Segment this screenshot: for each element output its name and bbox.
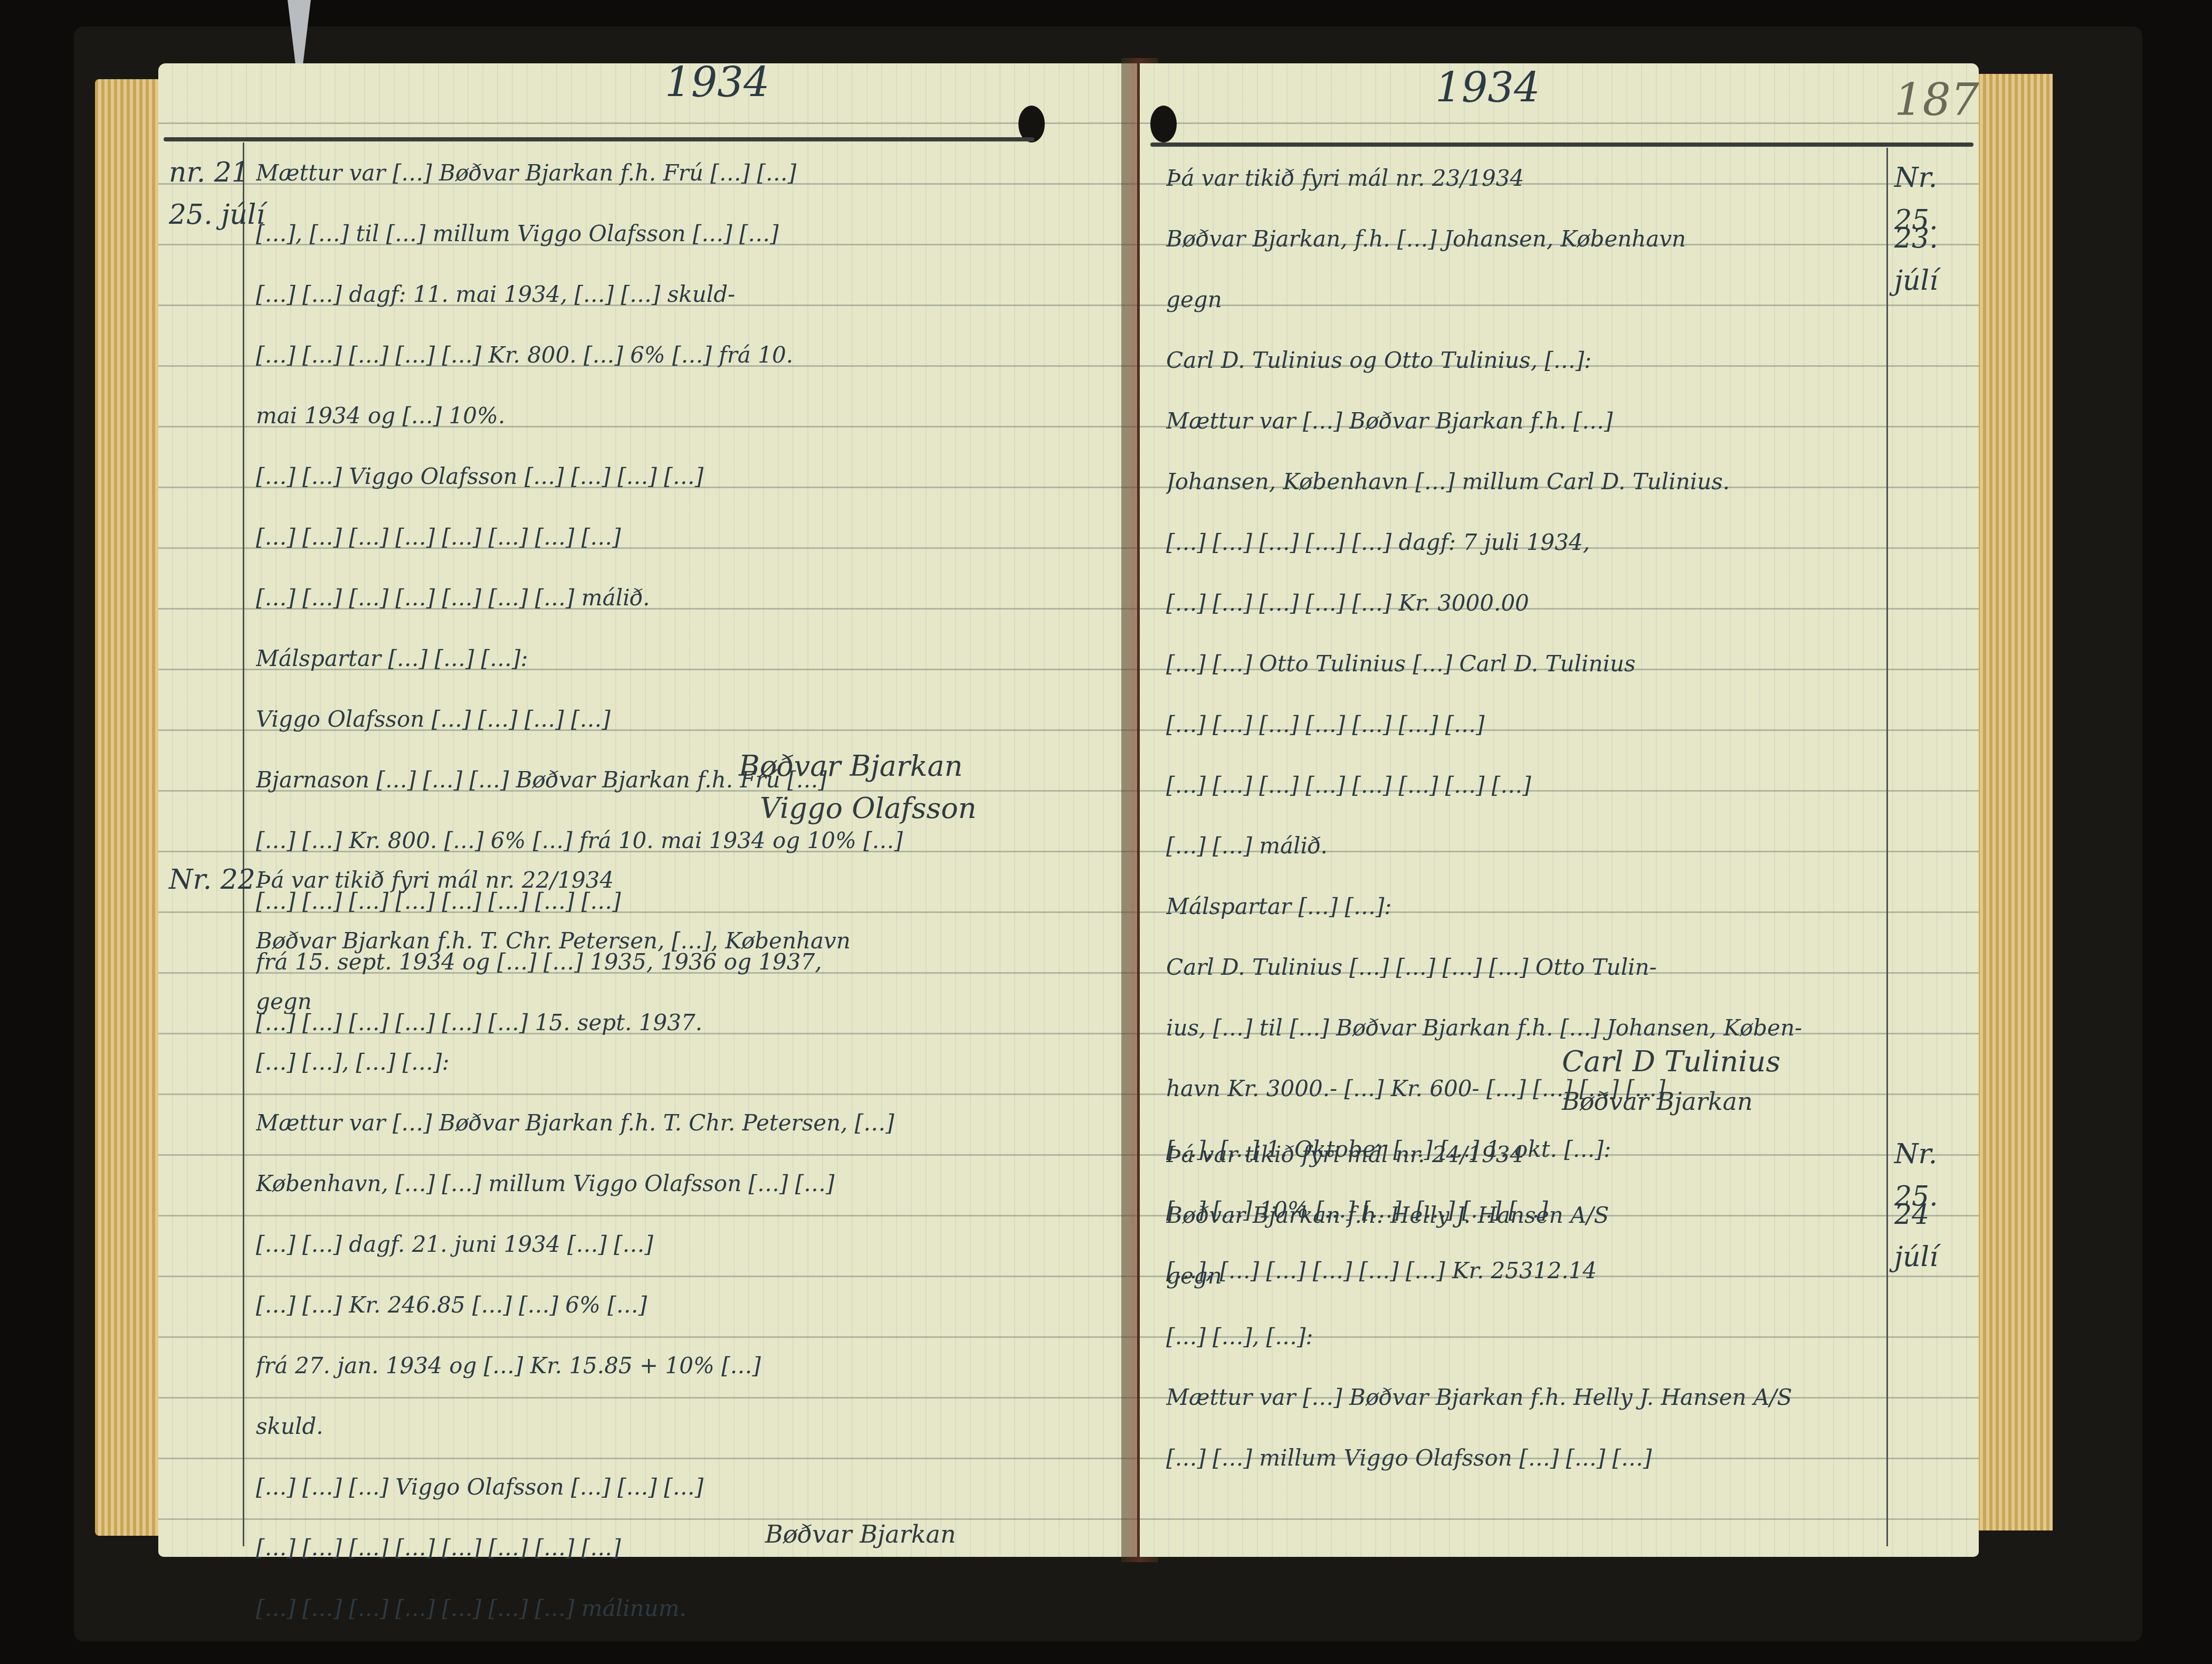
margin-line [243,142,244,1546]
text-line: frá 27. jan. 1934 og […] Kr. 15.85 + 10%… [256,1335,1100,1396]
text-line: […] […] […] […] […] Kr. 3000.00 [1166,573,1879,633]
text-line: Málspartar […] […] […]: [256,628,1100,689]
text-line: […] […] […] Viggo Olafsson […] […] […] [256,1457,1100,1517]
text-line: Bøðvar Bjarkan, f.h. […] Johansen, Køben… [1166,208,1879,269]
text-line: […] […] […] […] […] […] […] […] [256,1517,1100,1578]
header-rule [1150,142,1973,147]
signature: Bøðvar Bjarkan [765,1520,956,1548]
text-line: Mættur var […] Bøðvar Bjarkan f.h. T. Ch… [256,1092,1100,1153]
text-line: gegn [1166,1245,1879,1306]
entry-24-text: Þá var tikið fyri mál nr. 24/1934 Bøðvar… [1166,1124,1879,1488]
text-line: Mættur var […] Bøðvar Bjarkan f.h. […] [1166,391,1879,451]
text-line: […] […] […] […] […] […] […] málinum. [256,1578,1100,1639]
right-year-header: 1934 [1435,58,1540,119]
text-line: […] […] […] […] […] […] […] […] [256,507,1100,567]
text-line: gegn [256,971,1100,1032]
text-line: […] […] Otto Tulinius […] Carl D. Tulini… [1166,633,1879,694]
binding-hole [1150,106,1177,142]
text-line: Carl D. Tulinius og Otto Tulinius, […]: [1166,330,1879,391]
signature: Carl D Tulinius [1562,1045,1780,1078]
text-line: Málspartar […] […]: [1166,876,1879,937]
text-line: […] […] […] […] […] […] […] málið. [256,567,1100,628]
case-date: 25. júlí [1894,1166,1979,1288]
text-line: Þá var tikið fyri mál nr. 22/1934 [256,850,1100,910]
page-edges-right [1973,74,2053,1530]
text-line: […] […] […] […] […] dagf: 7 juli 1934, [1166,512,1879,573]
text-line: Viggo Olafsson […] […] […] […] [256,689,1100,749]
signature: Viggo Olafsson [760,792,977,825]
case-date: 25. júlí [1894,190,1979,311]
signature: Bøðvar Bjarkan [739,749,963,783]
text-line: […] […] […] […] […] […] […] […] [1166,755,1879,815]
text-line: […] […] millum Viggo Olafsson […] […] […… [1166,1428,1879,1488]
entry-22-text: Þá var tikið fyri mál nr. 22/1934 Bøðvar… [256,850,1100,1639]
text-line: skuld. [256,1396,1100,1457]
text-line: København, […] […] millum Viggo Olafsson… [256,1153,1100,1214]
header-rule [164,137,1034,141]
text-line: Bøðvar Bjarkan f.h. T. Chr. Petersen, […… [256,910,1100,971]
text-line: […] […] Kr. 246.85 […] […] 6% […] [256,1275,1100,1335]
text-line: Mættur var […] Bøðvar Bjarkan f.h. Frú [… [256,142,1100,203]
text-line: […] […] […] […] […] Kr. 800. […] 6% […] … [256,325,1100,385]
text-line: Johansen, København […] millum Carl D. T… [1166,451,1879,512]
text-line: Bøðvar Bjarkan f.h. Helly J. Hansen A/S [1166,1185,1879,1245]
text-line: Carl D. Tulinius […] […] […] […] Otto Tu… [1166,937,1879,997]
left-year-header: 1934 [665,53,770,113]
text-line: Þá var tikið fyri mál nr. 24/1934 [1166,1124,1879,1185]
text-line: gegn [1166,269,1879,330]
text-line: […] […] dagf: 11. mai 1934, […] […] skul… [256,264,1100,325]
case-number: Nr. 22 [169,850,255,910]
text-line: […] […] […] […] […] […] […] [1166,694,1879,755]
left-page: 1934 nr. 21 25. júlí Mættur var […] Bøðv… [158,63,1137,1557]
signature: Bøðvar Bjarkan [1562,1087,1753,1116]
text-line: […] […] Viggo Olafsson […] […] […] […] [256,446,1100,507]
text-line: Mættur var […] Bøðvar Bjarkan f.h. Helly… [1166,1367,1879,1428]
case-date: 25. júlí [169,185,265,245]
text-line: […] […], […] […]: [256,1032,1100,1092]
text-line: mai 1934 og […] 10%. [256,385,1100,446]
margin-line [1886,148,1888,1546]
text-line: […], […] til […] millum Viggo Olafsson [… [256,203,1100,264]
text-line: Þá var tikið fyri mál nr. 23/1934 [1166,148,1879,208]
text-line: […] […], […]: [1166,1306,1879,1367]
text-line: […] […] dagf. 21. juni 1934 […] […] [256,1214,1100,1275]
page-number: 187 [1894,74,1979,126]
text-line: […] […] málið. [1166,815,1879,876]
right-page: 1934 187 Nr. 23. 25. júlí Þá var tikið f… [1140,63,1979,1557]
